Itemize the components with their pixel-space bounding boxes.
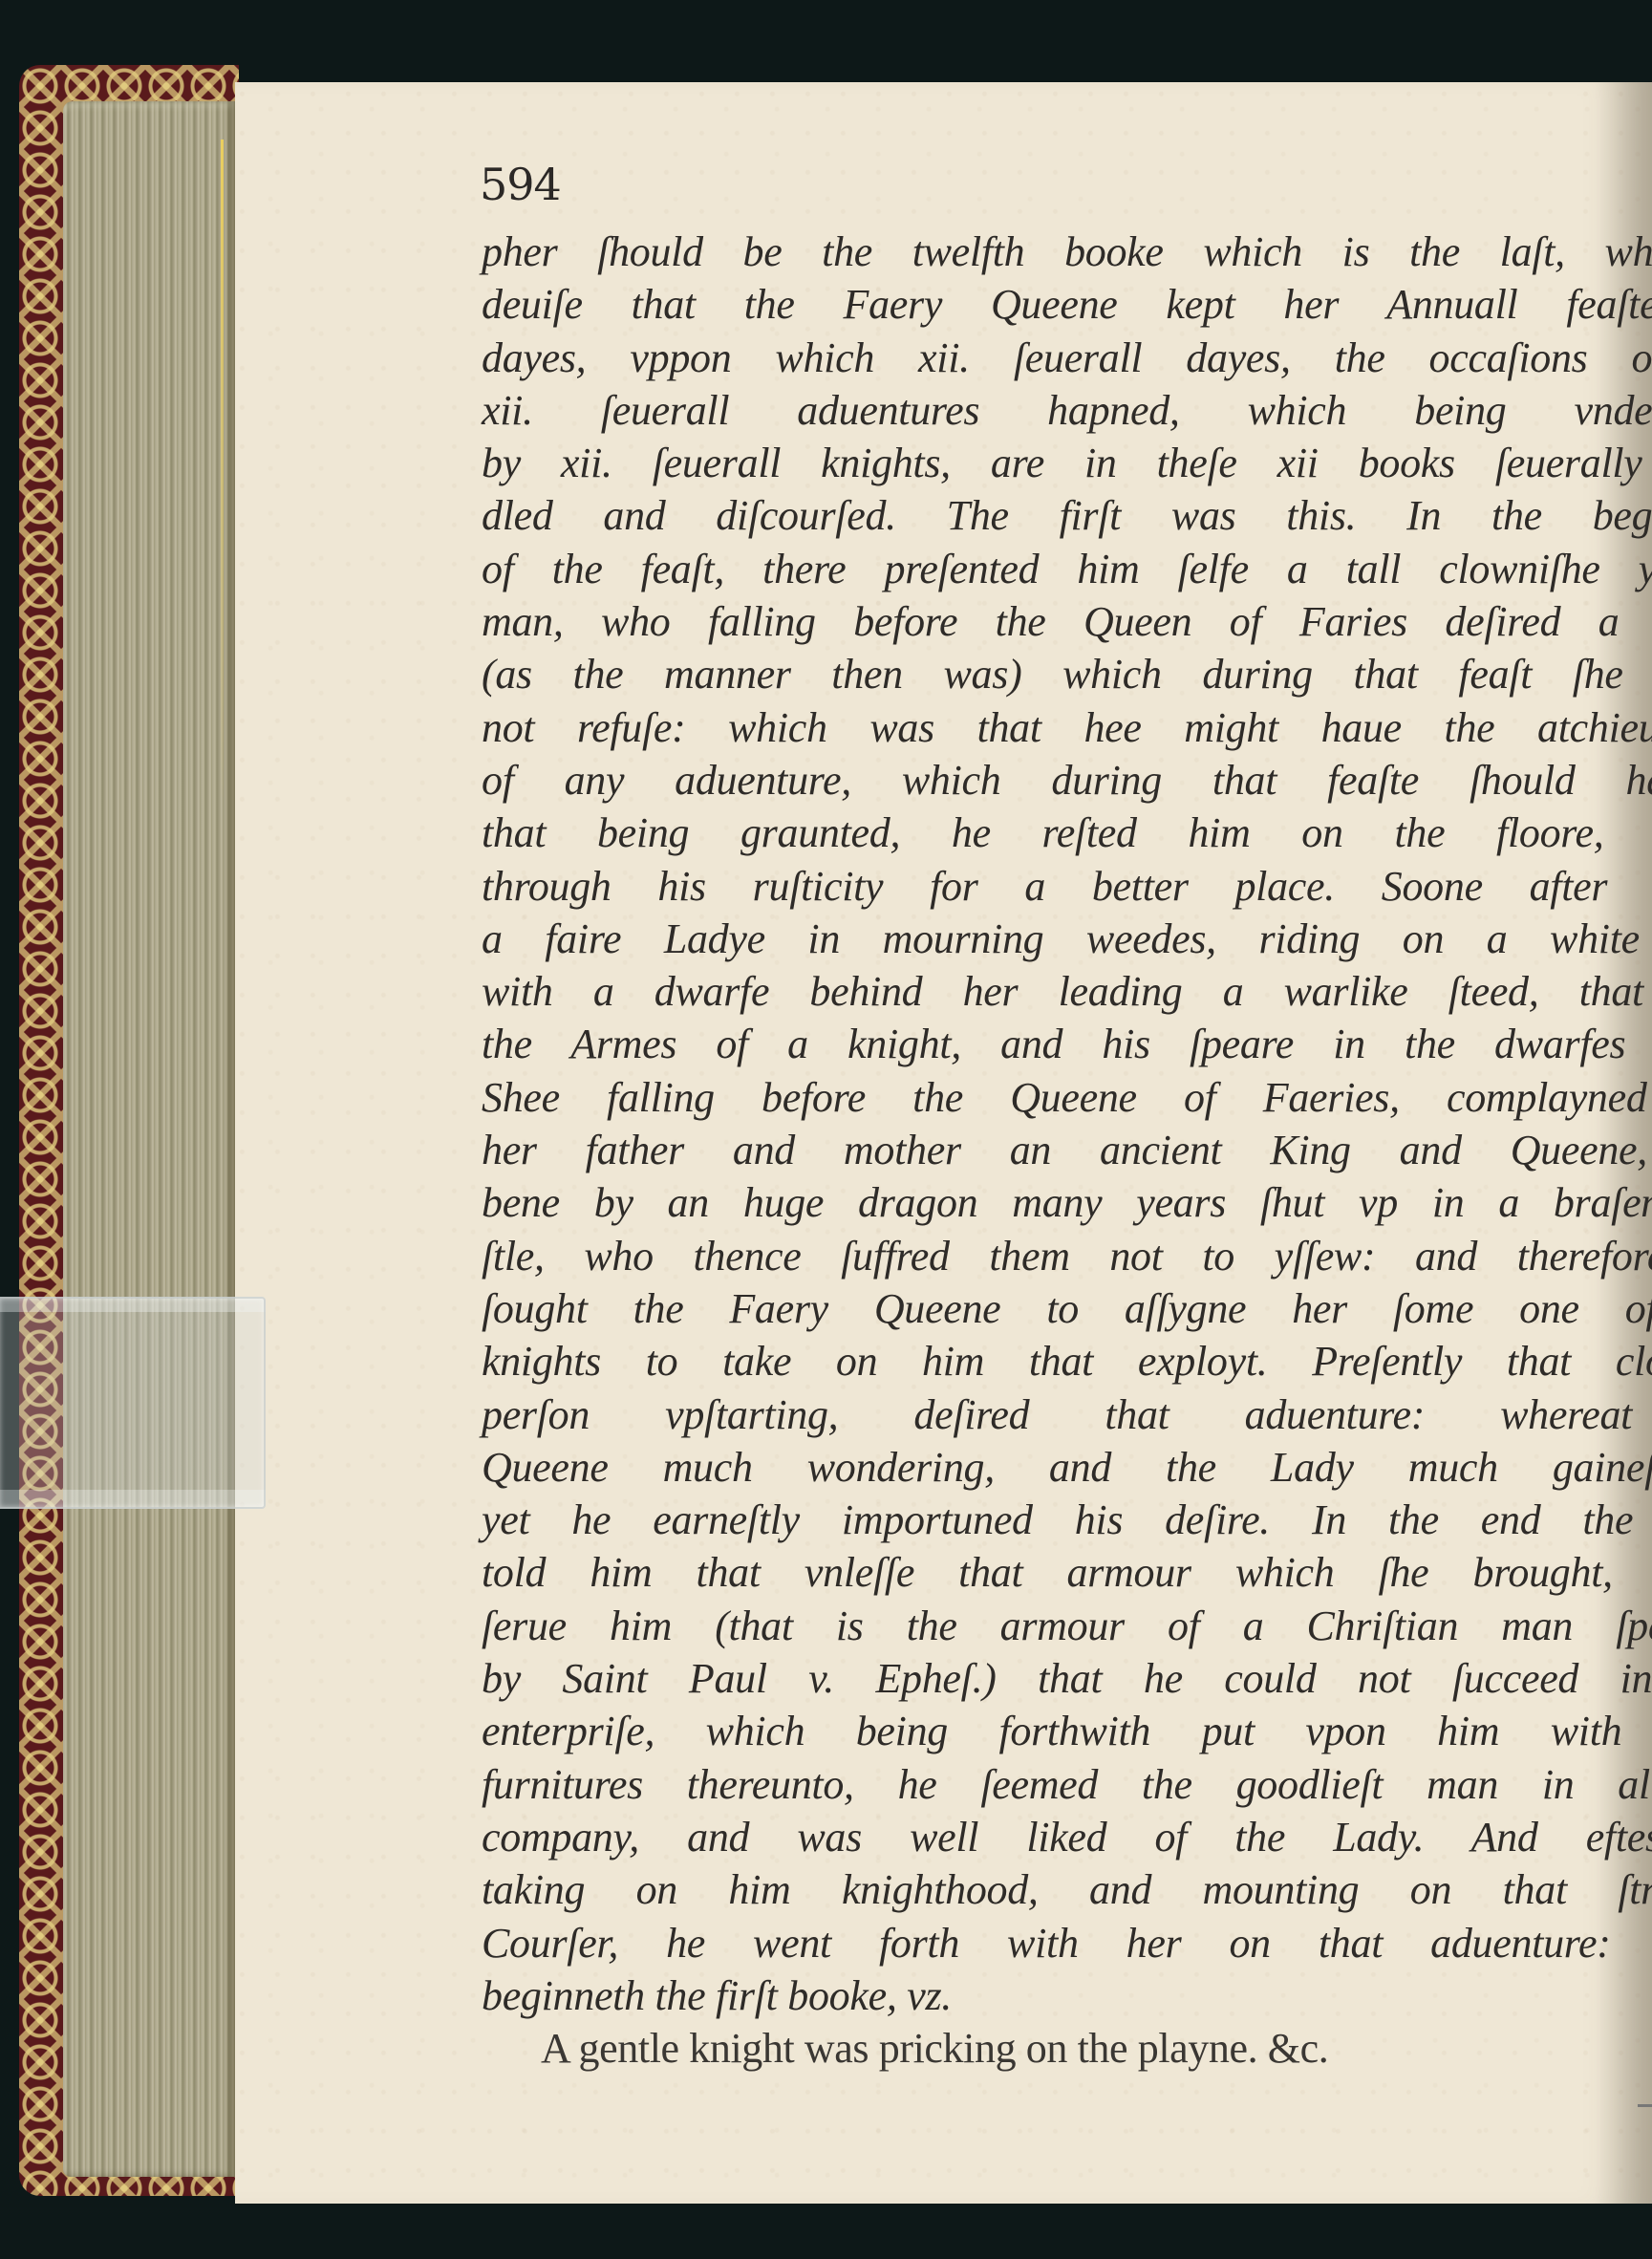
text-line: man, who falling before the Queen of Far… [482, 595, 1652, 648]
text-line: by xii. ſeuerall knights, are in theſe x… [482, 437, 1652, 489]
text-line: by Saint Paul v. Epheſ.) that he could n… [482, 1652, 1652, 1705]
text-line: not refuſe: which was that hee might hau… [482, 701, 1652, 754]
text-line: Queene much wondering, and the Lady much… [482, 1441, 1652, 1494]
text-line: (as the manner then was) which during th… [482, 648, 1652, 700]
text-line: of any aduenture, which during that feaſ… [482, 754, 1652, 807]
text-line: pher ſhould be the twelfth booke which i… [482, 226, 1652, 278]
page-holder-clip [0, 1297, 266, 1509]
text-line: furnitures thereunto, he ſeemed the good… [482, 1758, 1652, 1811]
text-line: ſought the Faery Queene to aſſygne her ſ… [482, 1282, 1652, 1335]
text-line: deuiſe that the Faery Queene kept her An… [482, 278, 1652, 331]
text-line: dayes, vppon which xii. ſeuerall dayes, … [482, 332, 1652, 384]
text-line: perſon vpſtarting, deſired that aduentur… [482, 1388, 1652, 1441]
text-line: company, and was well liked of the Lady.… [482, 1811, 1652, 1863]
text-line: knights to take on him that exployt. Pre… [482, 1335, 1652, 1388]
text-line: ſerue him (that is the armour of a Chriſ… [482, 1600, 1652, 1652]
text-line: that being graunted, he reſted him on th… [482, 807, 1652, 859]
text-line: dled and diſcourſed. The firſt was this.… [482, 489, 1652, 542]
text-line: xii. ſeuerall aduentures hapned, which b… [482, 384, 1652, 437]
text-line: through his ruſticity for a better place… [482, 860, 1652, 913]
page-number: 594 [480, 159, 561, 210]
text-line: beginneth the firſt booke, vz. [482, 1969, 1652, 2022]
text-line: of the feaſt, there preſented him ſelfe … [482, 543, 1652, 595]
text-line: Shee falling before the Queene of Faerie… [482, 1071, 1652, 1124]
text-line: bene by an huge dragon many years ſhut v… [482, 1176, 1652, 1229]
text-line: yet he earneſtly importuned his deſire. … [482, 1494, 1652, 1546]
text-line: a faire Ladye in mourning weedes, riding… [482, 913, 1652, 965]
gilt-page-edges [63, 101, 235, 2177]
text-line: enterpriſe, which being forthwith put vp… [482, 1705, 1652, 1757]
text-line: taking on him knighthood, and mounting o… [482, 1863, 1652, 1916]
quoted-verse: A gentle knight was pricking on the play… [482, 2022, 1652, 2075]
text-line: the Armes of a knight, and his ſpeare in… [482, 1018, 1652, 1070]
catchword-dash [1638, 2104, 1652, 2107]
text-line: with a dwarfe behind her leading a warli… [482, 965, 1652, 1018]
catchword: The [482, 2075, 1652, 2127]
text-line: told him that vnleſſe that armour which … [482, 1546, 1652, 1599]
book-page: 594 pher ſhould be the twelfth booke whi… [235, 82, 1652, 2204]
text-line: ſtle, who thence ſuffred them not to yſſ… [482, 1230, 1652, 1282]
text-line: her father and mother an ancient King an… [482, 1124, 1652, 1176]
body-text: pher ſhould be the twelfth booke which i… [482, 226, 1652, 2127]
text-line: Courſer, he went forth with her on that … [482, 1917, 1652, 1969]
